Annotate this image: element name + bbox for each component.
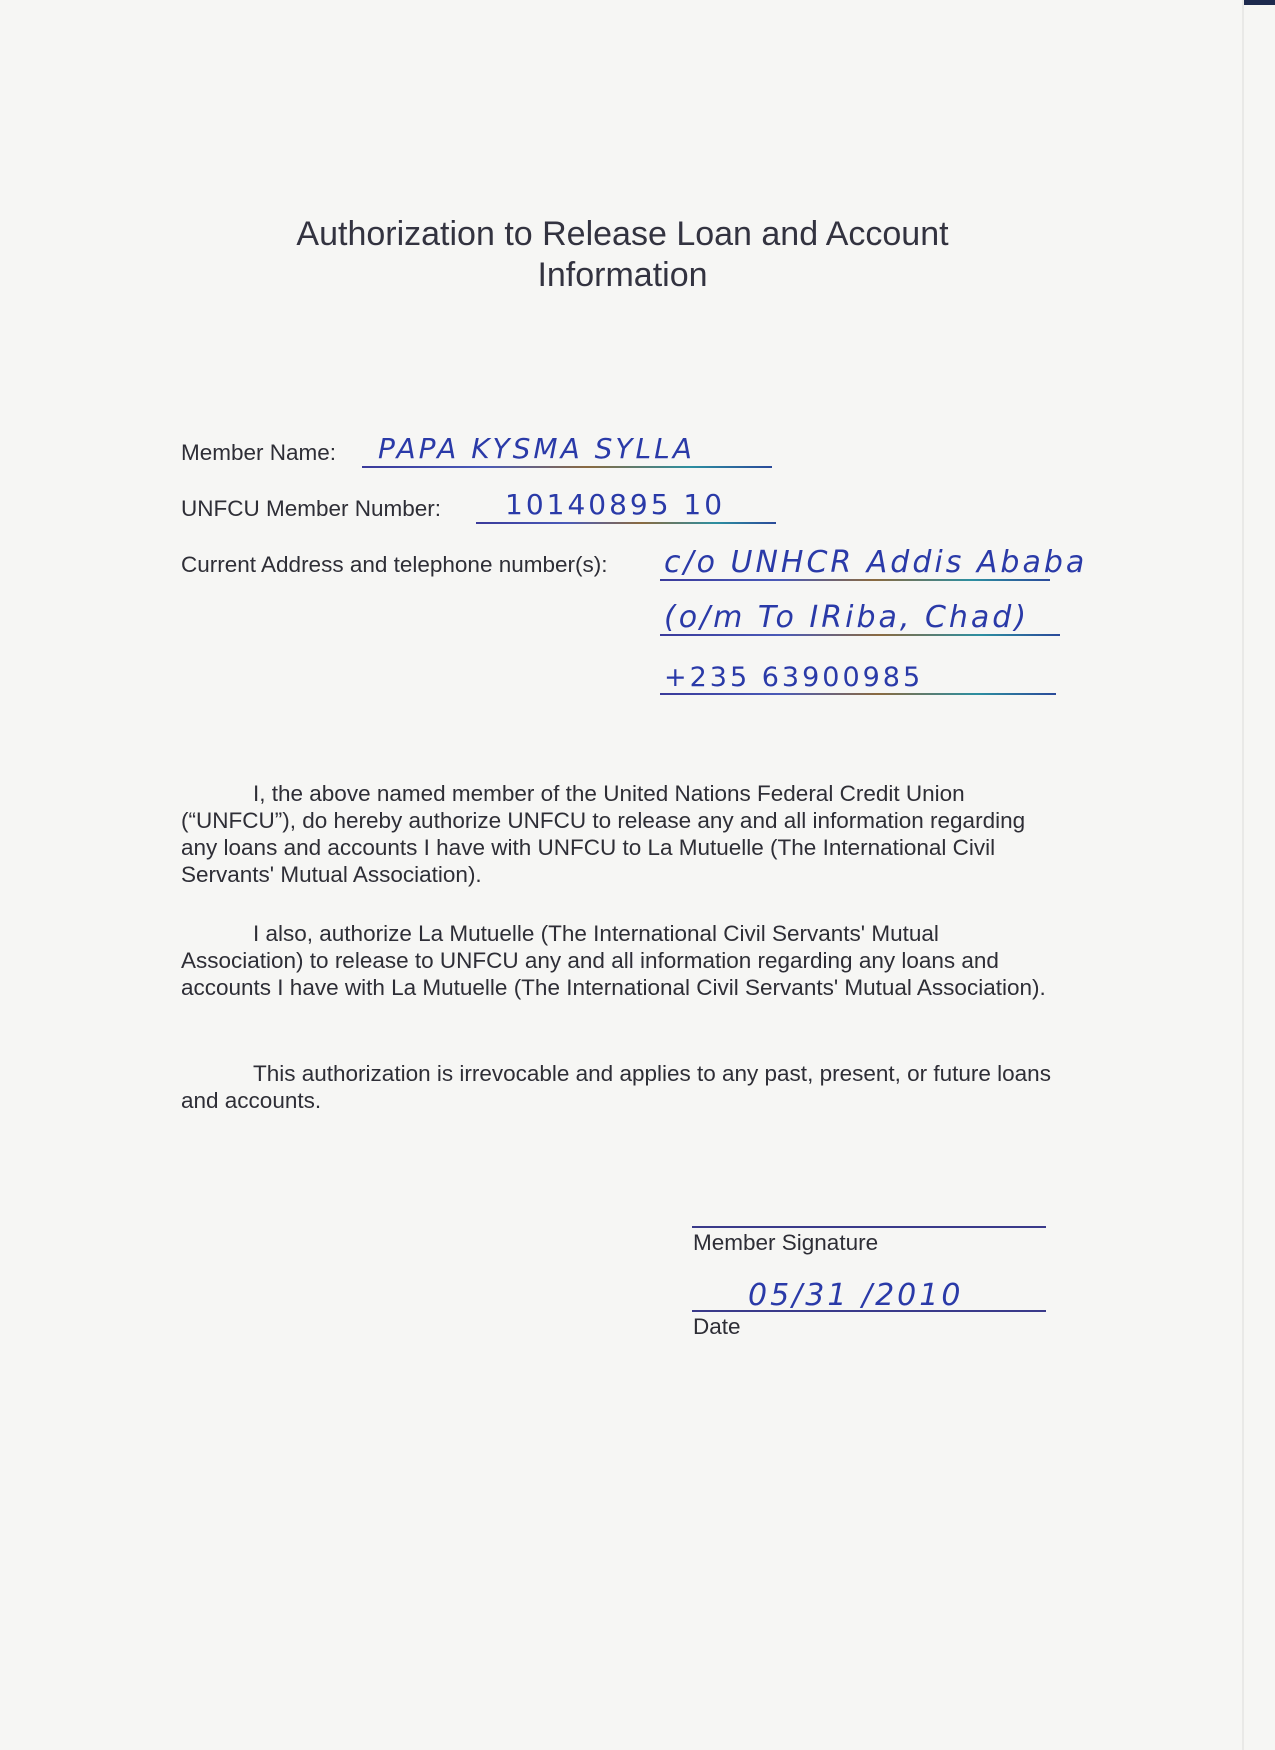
date-value[interactable]: 05/31 /2010 xyxy=(748,1278,963,1313)
date-label: Date xyxy=(693,1314,741,1340)
title-line-2: Information xyxy=(0,255,1245,296)
signature-label: Member Signature xyxy=(693,1230,878,1256)
address-label: Current Address and telephone number(s): xyxy=(181,552,608,578)
address-line-2[interactable]: (o/m To IRiba, Chad) xyxy=(664,600,1029,635)
scan-edge-shadow xyxy=(1244,0,1275,5)
paragraph-authorization-unfcu: I, the above named member of the United … xyxy=(181,780,1061,888)
member-name-label: Member Name: xyxy=(181,440,336,466)
member-number-value[interactable]: 10140895 10 xyxy=(505,488,725,521)
page-title: Authorization to Release Loan and Accoun… xyxy=(0,214,1245,296)
title-line-1: Authorization to Release Loan and Accoun… xyxy=(0,214,1245,255)
address-underline-3 xyxy=(660,693,1056,695)
member-number-underline xyxy=(476,522,776,524)
address-line-1[interactable]: c/o UNHCR Addis Ababa xyxy=(664,545,1087,580)
date-line xyxy=(692,1310,1046,1312)
member-number-label: UNFCU Member Number: xyxy=(181,496,441,522)
signature-line[interactable] xyxy=(692,1226,1046,1228)
address-underline-2 xyxy=(660,634,1060,636)
member-name-value[interactable]: PAPA KYSMA SYLLA xyxy=(378,432,695,465)
address-line-3[interactable]: +235 63900985 xyxy=(664,662,923,693)
address-underline-1 xyxy=(660,579,1050,581)
paragraph-authorization-mutuelle: I also, authorize La Mutuelle (The Inter… xyxy=(181,920,1061,1001)
paragraph-irrevocable: This authorization is irrevocable and ap… xyxy=(181,1060,1061,1114)
member-name-underline xyxy=(362,466,772,468)
